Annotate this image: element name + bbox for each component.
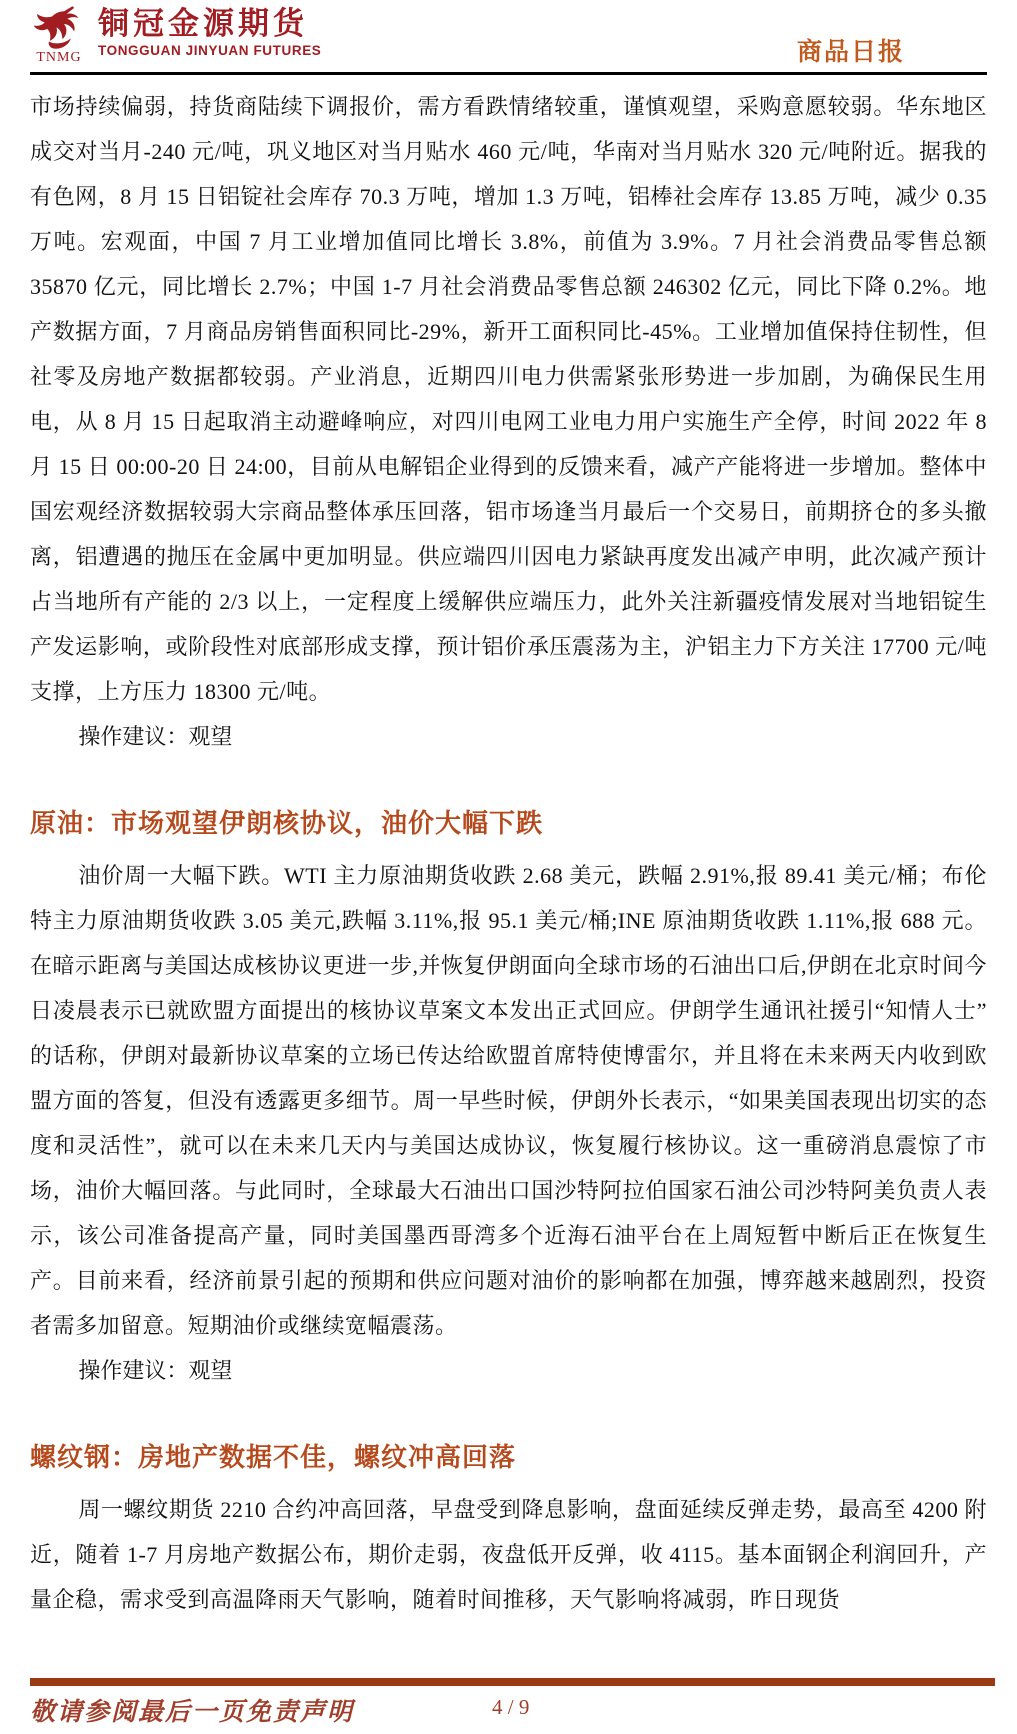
oil-paragraph: 油价周一大幅下跌。WTI 主力原油期货收跌 2.68 美元，跌幅 2.91%,报… — [30, 853, 987, 1348]
company-name-cn: 铜冠金源期货 — [98, 6, 321, 42]
rebar-section-heading: 螺纹钢：房地产数据不佳，螺纹冲高回落 — [30, 1440, 987, 1474]
aluminum-paragraph: 市场持续偏弱，持货商陆续下调报价，需方看跌情绪较重，谨慎观望，采购意愿较弱。华东… — [30, 84, 987, 714]
report-page: TNMG 铜冠金源期货 TONGGUAN JINYUAN FUTURES 商品日… — [0, 0, 1017, 1734]
oil-section-heading: 原油：市场观望伊朗核协议，油价大幅下跌 — [30, 806, 987, 840]
company-name-en: TONGGUAN JINYUAN FUTURES — [98, 42, 321, 60]
logo-abbr-text: TNMG — [36, 50, 81, 66]
oil-advice: 操作建议：观望 — [30, 1348, 987, 1393]
page-number: 4 / 9 — [492, 1695, 529, 1720]
disclaimer-note: 敬请参阅最后一页免责声明 — [30, 1692, 354, 1728]
report-type-label: 商品日报 — [797, 32, 905, 68]
page-header: TNMG 铜冠金源期货 TONGGUAN JINYUAN FUTURES 商品日… — [30, 0, 987, 75]
tnmg-bird-logo-icon — [32, 6, 86, 52]
footer-divider — [30, 1678, 995, 1686]
rebar-paragraph: 周一螺纹期货 2210 合约冲高回落，早盘受到降息影响，盘面延续反弹走势，最高至… — [30, 1487, 987, 1622]
aluminum-advice: 操作建议：观望 — [30, 714, 987, 759]
page-footer: 敬请参阅最后一页免责声明 4 / 9 — [30, 1678, 995, 1726]
company-logo: TNMG 铜冠金源期货 TONGGUAN JINYUAN FUTURES — [30, 6, 321, 66]
report-body: 市场持续偏弱，持货商陆续下调报价，需方看跌情绪较重，谨慎观望，采购意愿较弱。华东… — [30, 84, 987, 1622]
